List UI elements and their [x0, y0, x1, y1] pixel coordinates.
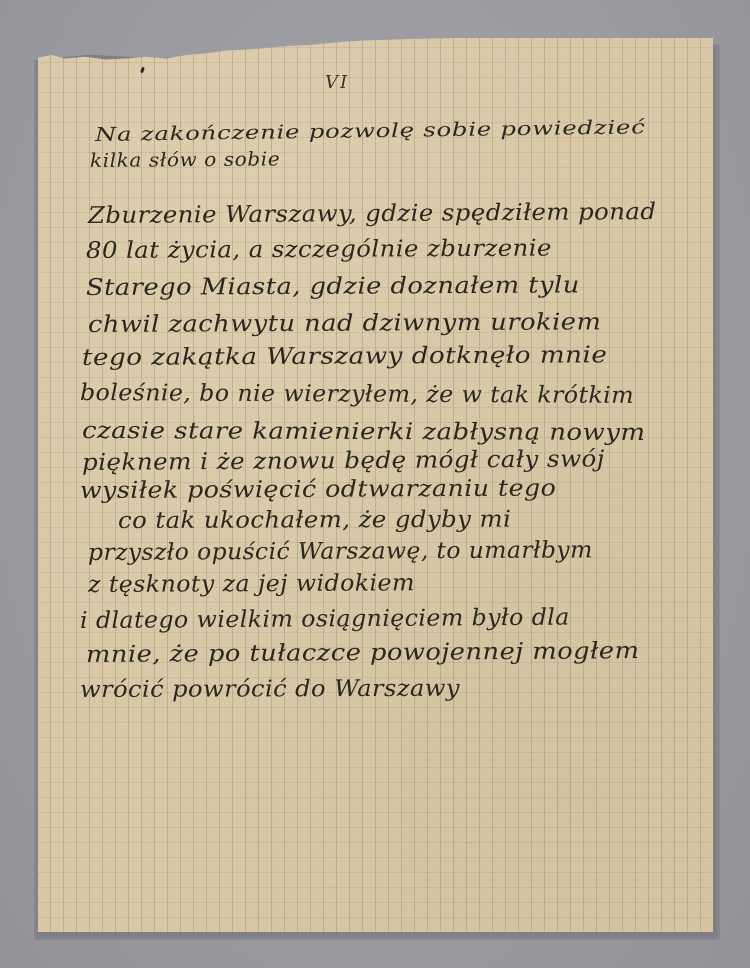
body-line: Zburzenie Warszawy, gdzie spędziłem pona…	[88, 199, 656, 229]
body-line: i dlatego wielkim osiągnięciem było dla	[80, 605, 570, 634]
body-line: co tak ukochałem, że gdyby mi	[118, 507, 511, 534]
body-line: pięknem i że znowu będę mógł cały swój	[82, 446, 605, 476]
body-line: tego zakątka Warszawy dotknęło mnie	[82, 342, 607, 371]
body-line: Starego Miasta, gdzie doznałem tylu	[86, 272, 580, 301]
body-line: boleśnie, bo nie wierzyłem, że w tak kró…	[80, 380, 634, 409]
body-line: wysiłek poświęcić odtwarzaniu tego	[80, 476, 556, 504]
body-line: czasie stare kamienierki zabłysną nowym	[82, 418, 646, 446]
intro-line: kilka słów o sobie	[90, 148, 280, 172]
body-line: mnie, że po tułaczce powojennej mogłem	[86, 638, 640, 668]
body-line: z tęsknoty za jej widokiem	[88, 570, 415, 598]
page-number: VI	[325, 72, 349, 93]
body-line: chwil zachwytu nad dziwnym urokiem	[88, 309, 601, 338]
body-line: 80 lat życia, a szczególnie zburzenie	[86, 236, 552, 264]
body-line: wrócić powrócić do Warszawy	[80, 676, 460, 703]
body-line: przyszło opuścić Warszawę, to umarłbym	[88, 537, 593, 566]
